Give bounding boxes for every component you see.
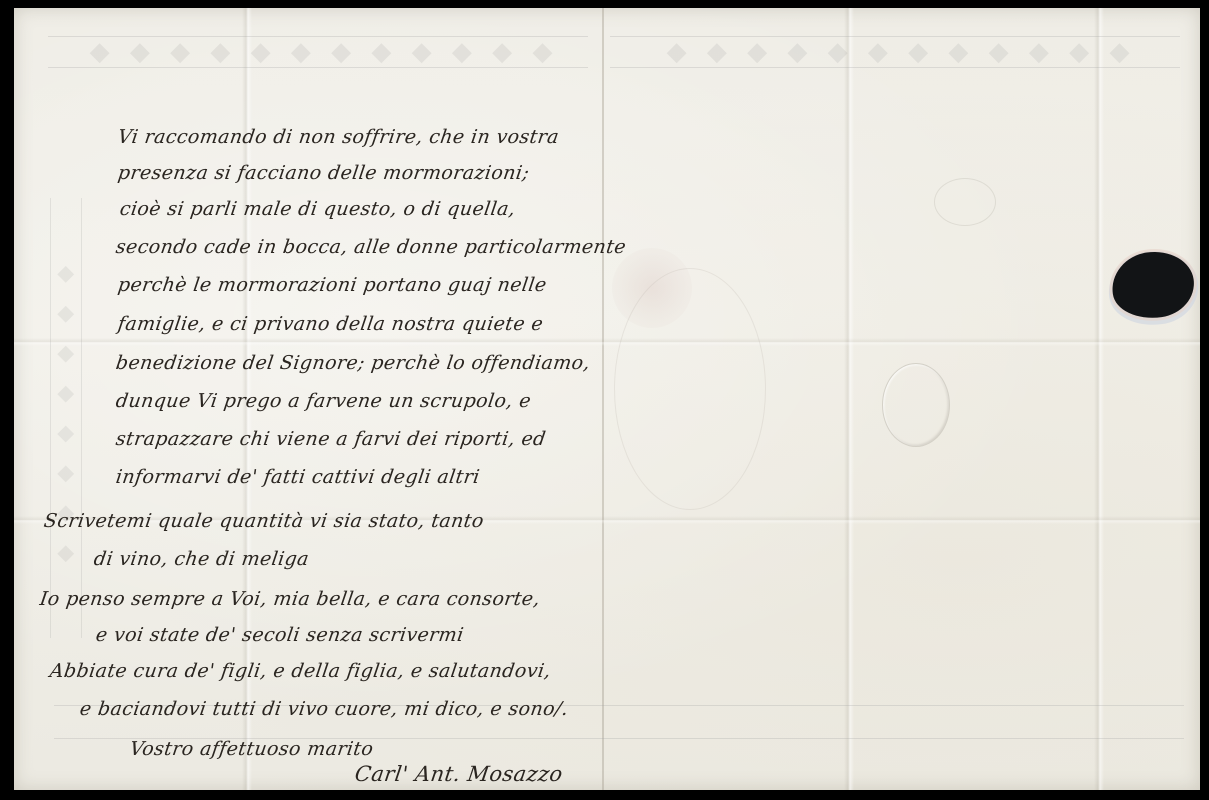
letter-line: dunque Vi prego a farvene un scrupolo, e xyxy=(114,390,532,412)
embossed-stamp xyxy=(882,363,950,447)
letter-line: e baciandovi tutti di vivo cuore, mi dic… xyxy=(78,698,569,720)
postmark-showthrough xyxy=(934,178,996,226)
letter-line: Scrivetemi quale quantità vi sia stato, … xyxy=(42,510,485,532)
signature: Carl' Ant. Mosazzo xyxy=(353,762,564,786)
fold-line xyxy=(844,8,854,790)
letter-line: presenza si facciano delle mormorazioni; xyxy=(116,162,530,184)
letter-line: di vino, che di meliga xyxy=(92,548,310,570)
letterhead-showthrough: ◆ ◆ ◆ ◆ ◆ ◆ ◆ ◆ ◆ ◆ ◆ ◆ xyxy=(610,36,1180,68)
postmark-showthrough xyxy=(614,268,766,510)
letter-body: Vi raccomando di non soffrire, che in vo… xyxy=(0,0,620,800)
letter-line: benedizione del Signore; perchè lo offen… xyxy=(114,352,591,374)
letter-line: strapazzare chi viene a farvi dei riport… xyxy=(114,428,547,450)
letter-line: secondo cade in bocca, alle donne partic… xyxy=(114,236,627,258)
letter-closing: Vostro affettuoso marito xyxy=(128,738,374,760)
letter-line: Io penso sempre a Voi, mia bella, e cara… xyxy=(38,588,541,610)
letter-line: e voi state de' secoli senza scrivermi xyxy=(94,624,465,646)
fold-line xyxy=(1094,8,1104,790)
letterhead-ghost-text: ◆ ◆ ◆ ◆ ◆ ◆ ◆ ◆ ◆ ◆ ◆ ◆ xyxy=(610,37,1180,67)
letter-line: Vi raccomando di non soffrire, che in vo… xyxy=(116,126,560,148)
letter-line: perchè le mormorazioni portano guaj nell… xyxy=(116,274,548,296)
letter-line: famiglie, e ci privano della nostra quie… xyxy=(116,313,544,335)
letter-line: cioè si parli male di questo, o di quell… xyxy=(118,198,516,220)
letter-line: informarvi de' fatti cattivi degli altri xyxy=(114,466,481,488)
letter-line: Abbiate cura de' figli, e della figlia, … xyxy=(48,660,552,682)
